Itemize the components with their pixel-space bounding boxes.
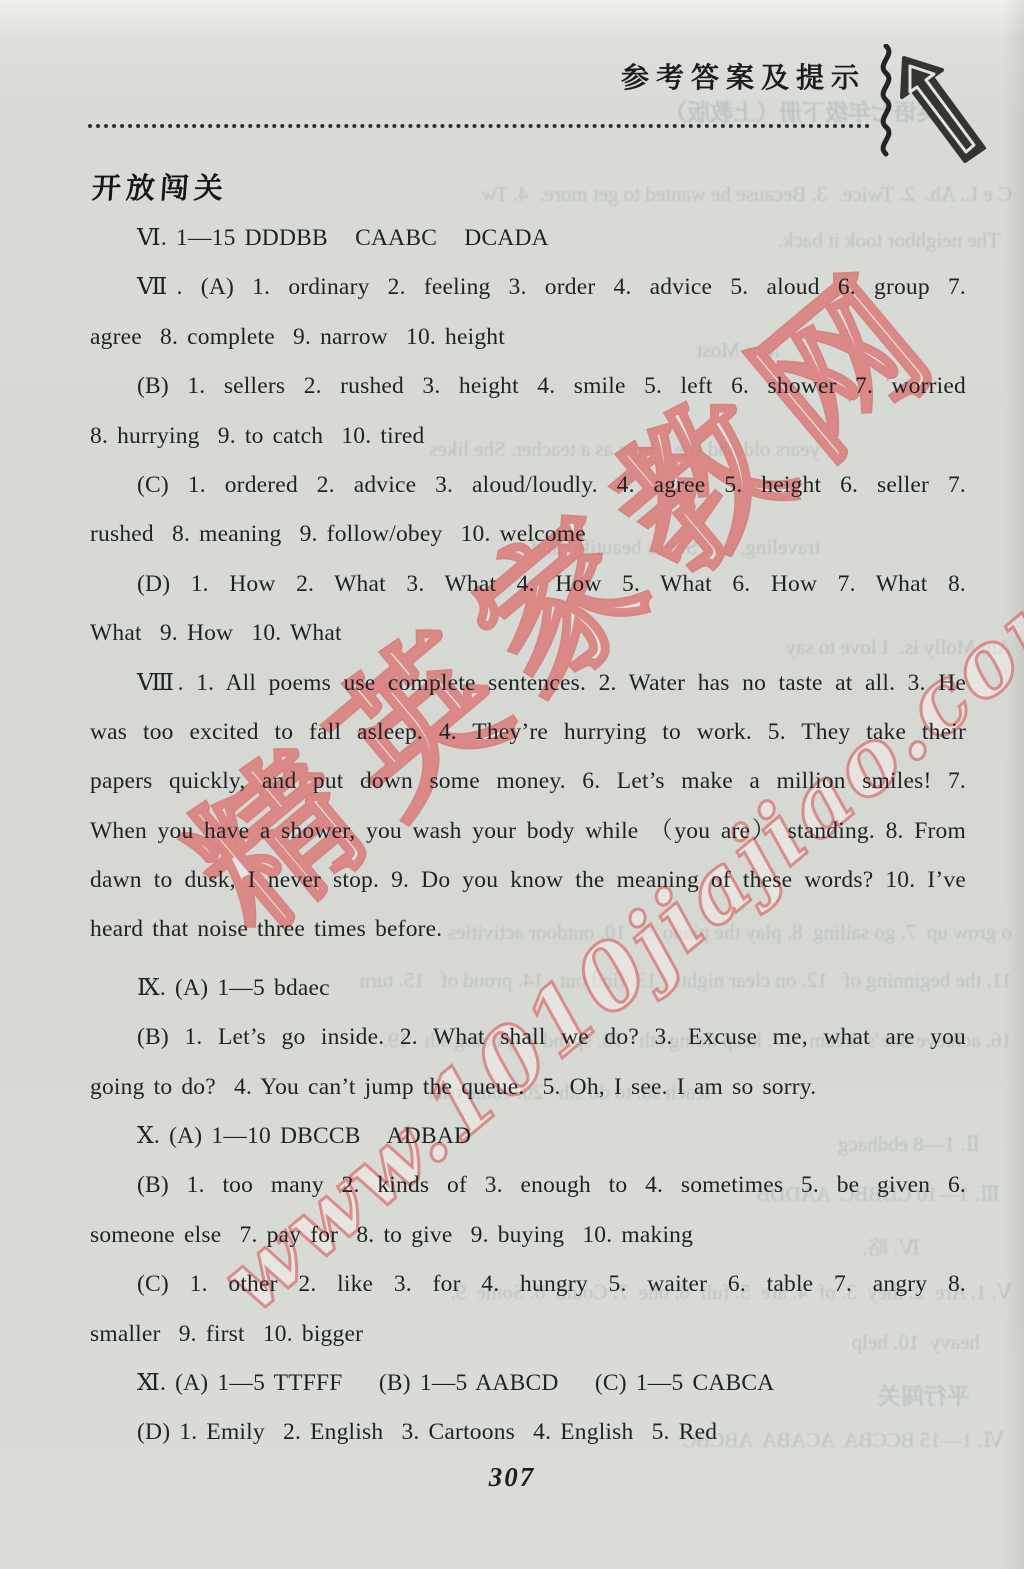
answer-line: Ⅹ. (A) 1—10 DBCCB ADBAD [90, 1112, 966, 1161]
answer-line: papers quickly, and put down some money.… [90, 757, 966, 806]
dotted-divider [88, 124, 870, 128]
page-number: 307 [0, 1462, 1024, 1493]
answer-line: (D) 1. How 2. What 3. What 4. How 5. Wha… [90, 560, 966, 609]
answer-line: Ⅷ. 1. All poems use complete sentences. … [90, 659, 966, 708]
answer-line: What 9. How 10. What [90, 609, 966, 658]
answer-line: rushed 8. meaning 9. follow/obey 10. wel… [90, 510, 966, 559]
answer-line: (C) 1. ordered 2. advice 3. aloud/loudly… [90, 461, 966, 510]
scanned-answer-page: 英语七年级下册（上教版） C e L. Ah. 2. Twice. 3. Bec… [0, 0, 1024, 1569]
answer-line: Ⅺ. (A) 1—5 TTFFF (B) 1—5 AABCD (C) 1—5 C… [90, 1359, 966, 1408]
answer-line: smaller 9. first 10. bigger [90, 1310, 966, 1359]
page-title: 参考答案及提示 [621, 56, 866, 96]
answer-line: was too excited to fall asleep. 4. They’… [90, 708, 966, 757]
answer-line: (B) 1. Let’s go inside. 2. What shall we… [90, 1013, 966, 1062]
answer-line: (B) 1. sellers 2. rushed 3. height 4. sm… [90, 362, 966, 411]
answer-line: (B) 1. too many 2. kinds of 3. enough to… [90, 1161, 966, 1210]
answer-line: agree 8. complete 9. narrow 10. height [90, 313, 966, 362]
ghost-text: C e L. Ah. 2. Twice. 3. Because he wante… [300, 182, 1012, 207]
answer-line: (D) 1. Emily 2. English 3. Cartoons 4. E… [90, 1408, 966, 1457]
answer-line: dawn to dusk, I never stop. 9. Do you kn… [90, 856, 966, 905]
arrow-up-left-icon [872, 44, 998, 166]
answer-line: someone else 7. pay for 8. to give 9. bu… [90, 1211, 966, 1260]
section-heading: 开放闯关 [91, 166, 230, 207]
answer-line: going to do? 4. You can’t jump the queue… [90, 1063, 966, 1112]
answer-line: 8. hurrying 9. to catch 10. tired [90, 412, 966, 461]
answer-line: heard that noise three times before. [90, 905, 966, 954]
answer-line: Ⅶ. (A) 1. ordinary 2. feeling 3. order 4… [90, 263, 966, 312]
answer-line: (C) 1. other 2. like 3. for 4. hungry 5.… [90, 1260, 966, 1309]
page-edge-shadow [1004, 0, 1024, 1569]
answers-block: Ⅵ. 1—15 DDDBB CAABC DCADA Ⅶ. (A) 1. ordi… [90, 214, 966, 1458]
answer-line: Ⅵ. 1—15 DDDBB CAABC DCADA [90, 214, 966, 263]
answer-line: Ⅸ. (A) 1—5 bdaec [90, 964, 966, 1013]
answer-line: When you have a shower, you wash your bo… [90, 807, 966, 856]
